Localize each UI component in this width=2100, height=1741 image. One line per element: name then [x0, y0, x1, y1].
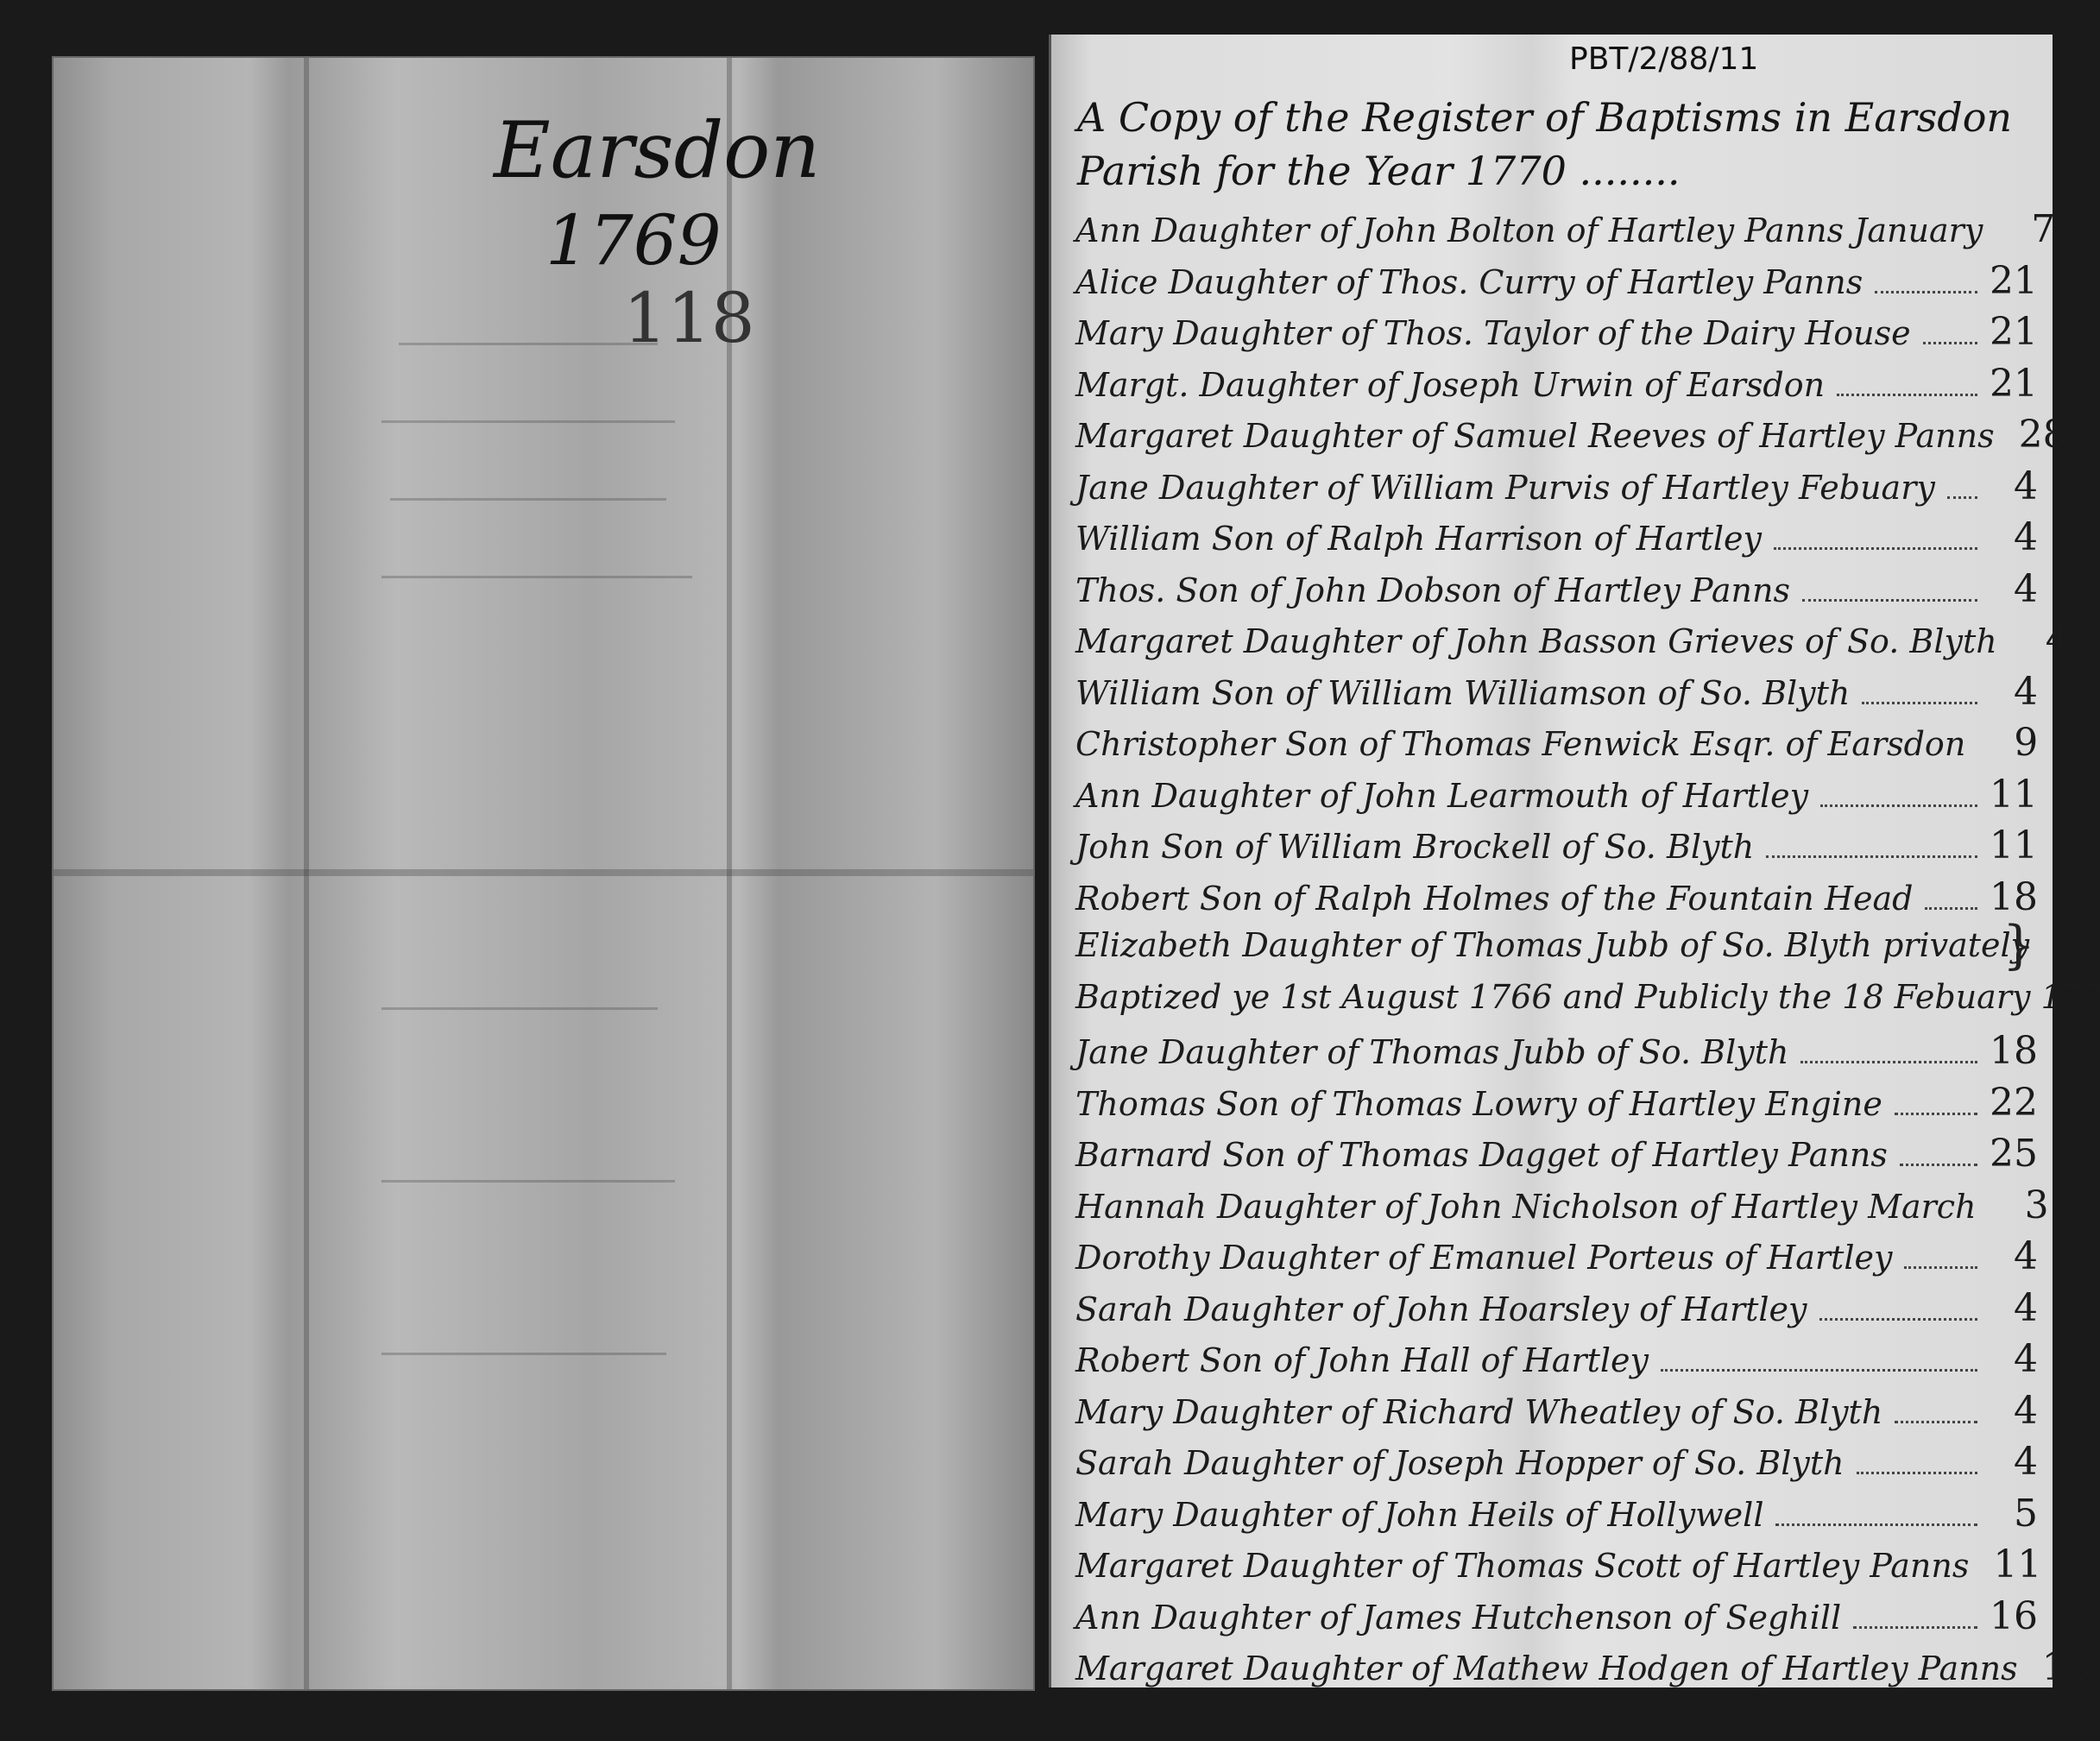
baptism-entry: John Son of William Brockell of So. Blyt…: [1075, 823, 2038, 875]
baptism-entry: Thos. Son of John Dobson of Hartley Pann…: [1075, 567, 2038, 619]
leader-dots: [1862, 702, 1977, 704]
bleed-through-line: [382, 576, 692, 578]
entry-day: 25: [1986, 1132, 2038, 1176]
folio-number: 118: [623, 278, 755, 358]
entry-day: 4: [1986, 1234, 2038, 1278]
entry-day: 22: [1986, 1081, 2038, 1125]
baptism-entry: Elizabeth Daughter of Thomas Jubb of So.…: [1075, 926, 2038, 978]
entry-text: Sarah Daughter of Joseph Hopper of So. B…: [1075, 1444, 1845, 1482]
baptism-entry: Mary Daughter of John Heils of Hollywell…: [1075, 1492, 2038, 1543]
entry-text: Ann Daughter of John Bolton of Hartley P…: [1075, 211, 1983, 249]
entry-text: Margt. Daughter of Joseph Urwin of Earsd…: [1075, 366, 1825, 404]
entry-text: Jane Daughter of William Purvis of Hartl…: [1075, 469, 1935, 507]
entry-day: 4: [1986, 567, 2038, 611]
right-page-register: PBT/2/88/11 A Copy of the Register of Ba…: [1049, 35, 2053, 1687]
entry-day: 16: [1986, 1594, 2038, 1638]
baptism-entry: Baptized ye 1st August 1766 and Publicly…: [1075, 978, 2038, 1030]
baptism-entry: Mary Daughter of Thos. Taylor of the Dai…: [1075, 310, 2038, 362]
entry-text: Mary Daughter of John Heils of Hollywell: [1075, 1496, 1763, 1534]
entry-text: Robert Son of John Hall of Hartley: [1075, 1341, 1649, 1379]
entry-text: Thos. Son of John Dobson of Hartley Pann…: [1075, 571, 1790, 609]
archive-reference: PBT/2/88/11: [1569, 41, 1758, 77]
baptism-entry: Ann Daughter of John Bolton of Hartley P…: [1075, 207, 2038, 259]
leader-dots: [1819, 1318, 1977, 1321]
baptism-entry: Hannah Daughter of John Nicholson of Har…: [1075, 1183, 2038, 1235]
entry-day: 3: [1997, 1183, 2049, 1227]
leader-dots: [1775, 1523, 1977, 1526]
leader-dots: [1925, 907, 1977, 910]
entry-day: 4: [1986, 515, 2038, 559]
entry-day: 4: [1986, 464, 2038, 508]
entry-text: Mary Daughter of Thos. Taylor of the Dai…: [1075, 314, 1911, 352]
baptism-entry: Thomas Son of Thomas Lowry of Hartley En…: [1075, 1081, 2038, 1132]
entry-day: 9: [1986, 721, 2038, 765]
entry-day: 18: [2039, 1645, 2091, 1689]
leader-dots: [1766, 855, 1977, 858]
leader-dots: [1923, 342, 1977, 344]
baptism-entries: Ann Daughter of John Bolton of Hartley P…: [1075, 207, 2038, 1697]
entry-day: 4: [1986, 1286, 2038, 1330]
leader-dots: [1837, 394, 1977, 396]
leader-dots: [1802, 599, 1977, 602]
leader-dots: [1800, 1061, 1977, 1063]
entry-text: Christopher Son of Thomas Fenwick Esqr. …: [1075, 725, 1965, 763]
leader-dots: [1857, 1472, 1977, 1474]
leader-dots: [1820, 804, 1977, 807]
baptism-entry: Margaret Daughter of John Basson Grieves…: [1075, 618, 2038, 670]
register-heading: A Copy of the Register of Baptisms in Ea…: [1077, 91, 2044, 198]
baptism-entry: Christopher Son of Thomas Fenwick Esqr. …: [1075, 721, 2038, 773]
entry-text: John Son of William Brockell of So. Blyt…: [1075, 828, 1754, 866]
baptism-entry: Robert Son of John Hall of Hartley4: [1075, 1337, 2038, 1389]
baptism-entry: Ann Daughter of James Hutchenson of Segh…: [1075, 1594, 2038, 1646]
entry-day: 21: [1986, 362, 2038, 406]
entry-text: Robert Son of Ralph Holmes of the Founta…: [1075, 880, 1913, 918]
entry-day: 4: [1986, 1389, 2038, 1433]
baptism-entry: William Son of Ralph Harrison of Hartley…: [1075, 515, 2038, 567]
entry-day: 11: [1990, 1542, 2041, 1586]
leader-dots: [1774, 547, 1977, 550]
entry-text: Ann Daughter of James Hutchenson of Segh…: [1075, 1599, 1841, 1637]
baptism-entry: Mary Daughter of Richard Wheatley of So.…: [1075, 1389, 2038, 1441]
entry-day: 4: [2018, 618, 2070, 662]
entry-text: Baptized ye 1st August 1766 and Publicly…: [1075, 978, 2100, 1016]
entry-day: 5: [1986, 1492, 2038, 1536]
baptism-entry: Barnard Son of Thomas Dagget of Hartley …: [1075, 1132, 2038, 1183]
bleed-through-line: [390, 498, 666, 501]
entry-day: 11: [1986, 773, 2038, 817]
bleed-through-line: [382, 1180, 675, 1183]
leader-dots: [1895, 1113, 1977, 1115]
endorsement-year: 1769: [545, 200, 722, 281]
entry-text: Thomas Son of Thomas Lowry of Hartley En…: [1075, 1085, 1882, 1123]
entry-text: Hannah Daughter of John Nicholson of Har…: [1075, 1188, 1977, 1226]
baptism-entry: Jane Daughter of William Purvis of Hartl…: [1075, 464, 2038, 516]
bleed-through-line: [382, 420, 675, 423]
entry-text: Ann Daughter of John Learmouth of Hartle…: [1075, 777, 1808, 815]
entry-text: Margaret Daughter of Samuel Reeves of Ha…: [1075, 417, 1995, 455]
entry-text: Barnard Son of Thomas Dagget of Hartley …: [1075, 1136, 1888, 1174]
baptism-entry: Margaret Daughter of Thomas Scott of Har…: [1075, 1542, 2038, 1594]
entry-day: 28: [2015, 413, 2067, 457]
leader-dots: [1875, 291, 1977, 293]
entry-text: Margaret Daughter of Thomas Scott of Har…: [1075, 1547, 1969, 1585]
entry-text: Sarah Daughter of John Hoarsley of Hartl…: [1075, 1290, 1807, 1328]
baptism-entry: Margaret Daughter of Mathew Hodgen of Ha…: [1075, 1645, 2038, 1697]
leader-dots: [1661, 1369, 1977, 1372]
bleed-through-line: [382, 1007, 658, 1010]
entry-text: Margaret Daughter of Mathew Hodgen of Ha…: [1075, 1650, 2018, 1687]
endorsement-place: Earsdon: [494, 105, 820, 196]
baptism-entry: Jane Daughter of Thomas Jubb of So. Blyt…: [1075, 1029, 2038, 1081]
baptism-entry: Ann Daughter of John Learmouth of Hartle…: [1075, 773, 2038, 824]
baptism-entry: Margt. Daughter of Joseph Urwin of Earsd…: [1075, 362, 2038, 413]
entry-day: 18: [1986, 1029, 2038, 1073]
entry-text: Elizabeth Daughter of Thomas Jubb of So.…: [1075, 926, 2029, 964]
entry-day: 21: [1986, 259, 2038, 303]
baptism-entry: Margaret Daughter of Samuel Reeves of Ha…: [1075, 413, 2038, 464]
baptism-entry: Robert Son of Ralph Holmes of the Founta…: [1075, 875, 2038, 927]
baptism-entry: Dorothy Daughter of Emanuel Porteus of H…: [1075, 1234, 2038, 1286]
leader-dots: [1900, 1164, 1977, 1166]
entry-day: 4: [1986, 1440, 2038, 1484]
entry-bracket: }: [2002, 915, 2035, 975]
entry-day: 4: [1986, 1337, 2038, 1381]
entry-text: Mary Daughter of Richard Wheatley of So.…: [1075, 1393, 1882, 1431]
entry-text: Alice Daughter of Thos. Curry of Hartley…: [1075, 263, 1863, 301]
entry-text: William Son of William Williamson of So.…: [1075, 674, 1850, 712]
entry-text: Dorothy Daughter of Emanuel Porteus of H…: [1075, 1239, 1892, 1277]
bleed-through-line: [382, 1353, 666, 1355]
baptism-entry: William Son of William Williamson of So.…: [1075, 670, 2038, 722]
entry-day: 7: [2003, 207, 2055, 251]
leader-dots: [1947, 496, 1977, 499]
left-page-verso: Earsdon 1769 118: [52, 56, 1035, 1691]
leader-dots: [1895, 1421, 1977, 1423]
entry-text: Margaret Daughter of John Basson Grieves…: [1075, 622, 1997, 660]
baptism-entry: Alice Daughter of Thos. Curry of Hartley…: [1075, 259, 2038, 311]
leader-dots: [1853, 1626, 1977, 1629]
entry-text: Jane Daughter of Thomas Jubb of So. Blyt…: [1075, 1033, 1788, 1071]
baptism-entry: Sarah Daughter of John Hoarsley of Hartl…: [1075, 1286, 2038, 1338]
entry-day: 18: [1986, 875, 2038, 919]
fold-crease: [54, 869, 1033, 876]
leader-dots: [1904, 1266, 1977, 1269]
baptism-entry: Sarah Daughter of Joseph Hopper of So. B…: [1075, 1440, 2038, 1492]
entry-text: William Son of Ralph Harrison of Hartley: [1075, 520, 1762, 558]
bleed-through-line: [399, 343, 658, 345]
entry-day: 11: [1986, 823, 2038, 867]
entry-day: 21: [1986, 310, 2038, 354]
entry-day: 4: [1986, 670, 2038, 714]
